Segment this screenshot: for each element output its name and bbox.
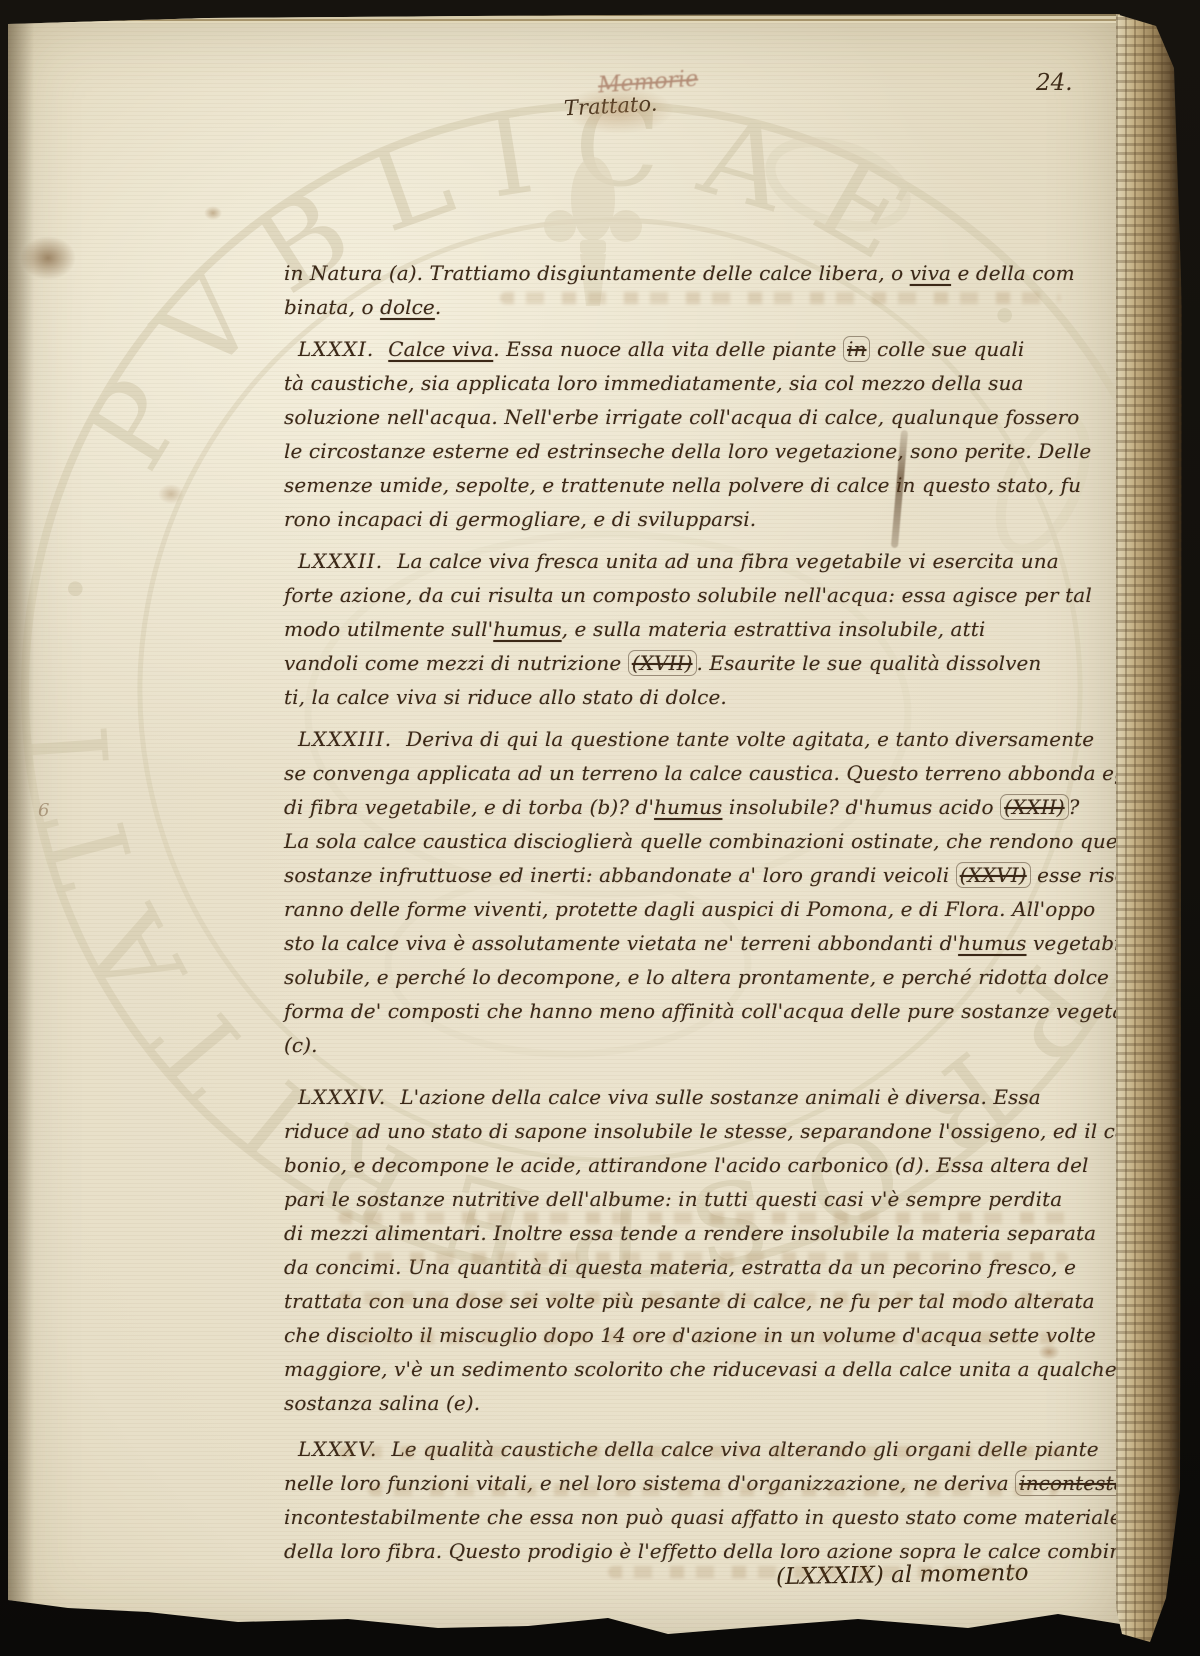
manuscript-line: (c).: [284, 1028, 1102, 1062]
margin-mark: 6: [38, 800, 49, 821]
show-through-line: [338, 1292, 1068, 1304]
manuscript-line: solubile, e perché lo decompone, e lo al…: [284, 960, 1102, 994]
manuscript-line: ranno delle forme viventi, protette dagl…: [284, 892, 1102, 926]
show-through-line: [348, 1252, 1068, 1264]
show-through-line: [358, 1332, 1058, 1344]
manuscript-line: LXXXII.La calce viva fresca unita ad una…: [284, 544, 1102, 578]
manuscript-line: LXXXIV.L'azione della calce viva sulle s…: [284, 1080, 1102, 1114]
manuscript-line: forma de' composti che hanno meno affini…: [284, 994, 1102, 1028]
manuscript-line: incontestabilmente che essa non può quas…: [284, 1500, 1102, 1534]
paragraph-number: LXXXIV.: [298, 1085, 386, 1109]
show-through-line: [608, 1566, 1028, 1578]
manuscript-line: modo utilmente sull'humus, e sulla mater…: [284, 612, 1102, 646]
manuscript-line: ti, la calce viva si riduce allo stato d…: [284, 680, 1102, 714]
manuscript-line: in Natura (a). Trattiamo disgiuntamente …: [284, 256, 1102, 290]
manuscript-paragraph: LXXXIV.L'azione della calce viva sulle s…: [284, 1080, 1102, 1420]
manuscript-paragraph: in Natura (a). Trattiamo disgiuntamente …: [284, 256, 1102, 324]
book-gutter: [8, 14, 34, 1640]
page-top-edges: [8, 14, 1120, 26]
manuscript-line: sostanze infruttuose ed inerti: abbandon…: [284, 858, 1102, 892]
manuscript-photo: PROSPERITATI · PVBLICAE ·: [0, 0, 1200, 1656]
manuscript-line: bonio, e decompone le acide, attirandone…: [284, 1148, 1102, 1182]
manuscript-line: La sola calce caustica discioglierà quel…: [284, 824, 1102, 858]
stain: [204, 206, 222, 220]
header-title: Trattato.: [563, 92, 657, 121]
manuscript-paragraph: LXXXII.La calce viva fresca unita ad una…: [284, 544, 1102, 714]
manuscript-line: se convenga applicata ad un terreno la c…: [284, 756, 1102, 790]
manuscript-line: rono incapaci di germogliare, e di svilu…: [284, 502, 1102, 536]
manuscript-page: PROSPERITATI · PVBLICAE ·: [8, 14, 1120, 1640]
manuscript-line: LXXXIII.Deriva di qui la questione tante…: [284, 722, 1102, 756]
manuscript-line: vandoli come mezzi di nutrizione (XVII).…: [284, 646, 1102, 680]
stain: [158, 484, 184, 504]
manuscript-line: pari le sostanze nutritive dell'albume: …: [284, 1182, 1102, 1216]
show-through-line: [368, 1484, 1058, 1496]
manuscript-line: soluzione nell'acqua. Nell'erbe irrigate…: [284, 400, 1102, 434]
manuscript-line: maggiore, v'è un sedimento scolorito che…: [284, 1352, 1102, 1386]
manuscript-line: semenze umide, sepolte, e trattenute nel…: [284, 468, 1102, 502]
manuscript-line: LXXXI.Calce viva. Essa nuoce alla vita d…: [284, 332, 1102, 366]
manuscript-line: forte azione, da cui risulta un composto…: [284, 578, 1102, 612]
manuscript-paragraph: LXXXIII.Deriva di qui la questione tante…: [284, 722, 1102, 1062]
folio-number: 24.: [1036, 70, 1073, 96]
show-through-line: [500, 292, 1060, 304]
manuscript-text: in Natura (a). Trattiamo disgiuntamente …: [284, 256, 1102, 1568]
fore-edge-page-lines: [1116, 8, 1184, 1648]
manuscript-line: le circostanze esterne ed estrinseche de…: [284, 434, 1102, 468]
manuscript-paragraph: LXXXI.Calce viva. Essa nuoce alla vita d…: [284, 332, 1102, 536]
show-through-line: [338, 1446, 1068, 1458]
manuscript-line: di fibra vegetabile, e di torba (b)? d'h…: [284, 790, 1102, 824]
manuscript-line: sostanza salina (e).: [284, 1386, 1102, 1420]
show-through-line: [338, 1212, 1078, 1224]
paragraph-number: LXXXII.: [298, 549, 383, 573]
paragraph-number: LXXXIII.: [298, 727, 392, 751]
manuscript-line: riduce ad uno stato di sapone insolubile…: [284, 1114, 1102, 1148]
paragraph-number: LXXXI.: [298, 337, 374, 361]
manuscript-line: sto la calce viva è assolutamente vietat…: [284, 926, 1102, 960]
book-fore-edge: [1116, 8, 1184, 1648]
manuscript-line: tà caustiche, sia applicata loro immedia…: [284, 366, 1102, 400]
